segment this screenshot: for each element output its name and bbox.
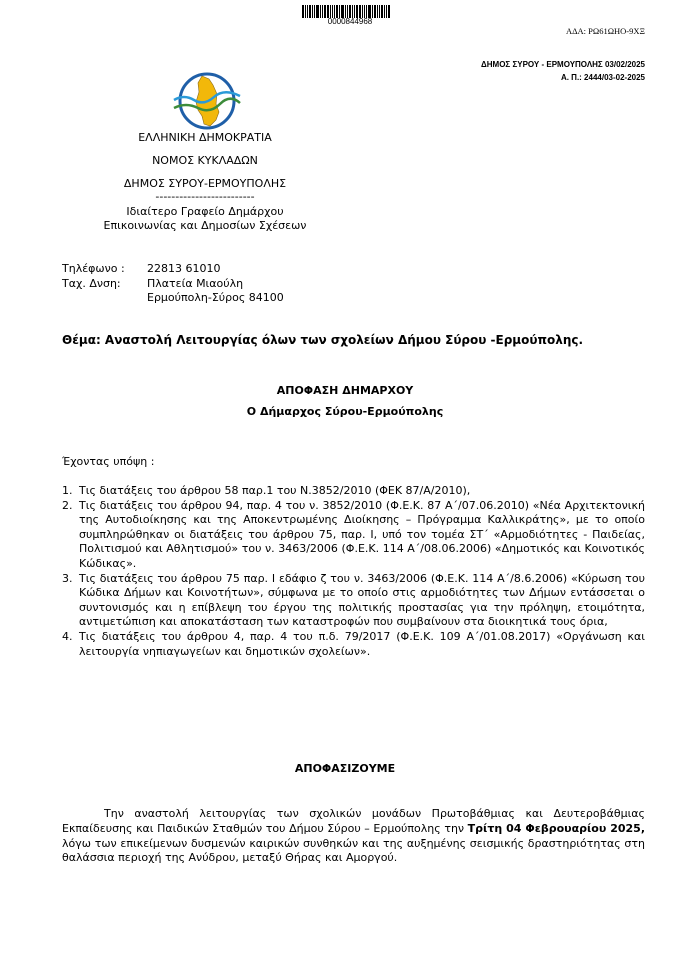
decision-text-2: λόγω των επικείμενων δυσμενών καιρικών σ… <box>62 837 645 865</box>
contact-block: Τηλέφωνο :22813 61010 Ταχ. Δνση:Πλατεία … <box>62 262 284 306</box>
list-item: 2.Τις διατάξεις του άρθρου 94, παρ. 4 το… <box>62 499 645 572</box>
phone-label: Τηλέφωνο : <box>62 262 147 277</box>
protocol-date: ΔΗΜΟΣ ΣΥΡΟΥ - ΕΡΜΟΥΠΟΛΗΣ 03/02/2025 <box>481 58 645 71</box>
list-item-text: Τις διατάξεις του άρθρου 94, παρ. 4 του … <box>79 499 645 572</box>
protocol-block: ΔΗΜΟΣ ΣΥΡΟΥ - ΕΡΜΟΥΠΟΛΗΣ 03/02/2025 Α. Π… <box>481 58 645 84</box>
address-label: Ταχ. Δνση: <box>62 277 147 292</box>
municipality-emblem-icon <box>172 70 242 132</box>
decision-paragraph: Την αναστολή λειτουργίας των σχολικών μο… <box>62 807 645 866</box>
header-office-dept: Επικοινωνίας και Δημοσίων Σχέσεων <box>60 219 350 232</box>
ada-code: ΑΔΑ: ΡΩ61ΩΗΟ-9ΧΞ <box>566 26 645 36</box>
header-republic: ΕΛΛΗΝΙΚΗ ΔΗΜΟΚΡΑΤΙΑ <box>60 131 350 144</box>
list-item-number: 2. <box>62 499 79 572</box>
phone-value: 22813 61010 <box>147 262 220 277</box>
header-office: Ιδιαίτερο Γραφείο Δημάρχου <box>60 205 350 218</box>
list-item: 4.Τις διατάξεις του άρθρου 4, παρ. 4 του… <box>62 630 645 659</box>
address-city: Ερμούπολη-Σύρος 84100 <box>147 291 284 306</box>
subject-line: Θέμα: Αναστολή Λειτουργίας όλων των σχολ… <box>62 333 583 347</box>
decision-date: Τρίτη 04 Φεβρουαρίου 2025, <box>468 822 645 835</box>
list-item-number: 4. <box>62 630 79 659</box>
decision-title: ΑΠΟΦΑΣΗ ΔΗΜΑΡΧΟΥ <box>0 384 690 397</box>
list-item-text: Τις διατάξεις του άρθρου 75 παρ. Ι εδάφι… <box>79 572 645 630</box>
list-item-number: 3. <box>62 572 79 630</box>
list-item: 1.Τις διατάξεις του άρθρου 58 παρ.1 του … <box>62 484 645 499</box>
address-street: Πλατεία Μιαούλη <box>147 277 243 292</box>
considering-label: Έχοντας υπόψη : <box>62 455 154 468</box>
mayor-title: Ο Δήμαρχος Σύρου-Ερμούπολης <box>0 405 690 418</box>
list-item-text: Τις διατάξεις του άρθρου 58 παρ.1 του Ν.… <box>79 484 645 499</box>
list-item-number: 1. <box>62 484 79 499</box>
list-item: 3.Τις διατάξεις του άρθρου 75 παρ. Ι εδά… <box>62 572 645 630</box>
header-prefecture: ΝΟΜΟΣ ΚΥΚΛΑΔΩΝ <box>60 154 350 167</box>
header-municipality: ΔΗΜΟΣ ΣΥΡΟΥ-ΕΡΜΟΥΠΟΛΗΣ <box>60 177 350 190</box>
barcode-number: 0000844968 <box>302 17 398 26</box>
protocol-number: Α. Π.: 2444/03-02-2025 <box>481 71 645 84</box>
header-separator: ------------------------- <box>60 191 350 202</box>
legal-basis-list: 1.Τις διατάξεις του άρθρου 58 παρ.1 του … <box>62 484 645 659</box>
decide-title: ΑΠΟΦΑΣΙΖΟΥΜΕ <box>0 762 690 775</box>
list-item-text: Τις διατάξεις του άρθρου 4, παρ. 4 του π… <box>79 630 645 659</box>
